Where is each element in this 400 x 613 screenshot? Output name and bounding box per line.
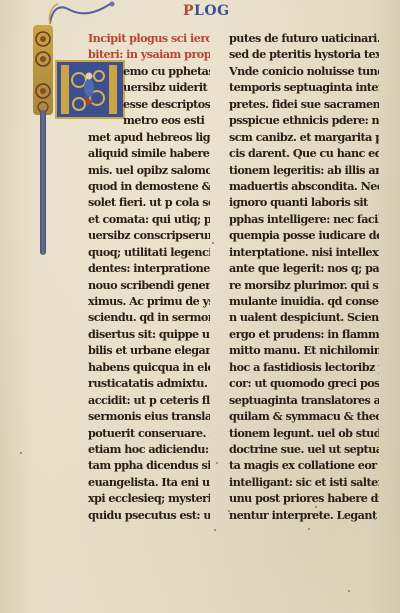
parchment-speck bbox=[212, 242, 214, 244]
text-line: ante que legerit: nos q; patere bbox=[229, 260, 379, 276]
text-line: interptatione. nisi intellexit bbox=[229, 244, 379, 260]
text-line: cis darent. Que cu hanc edi bbox=[229, 145, 379, 161]
text-line: tionem legeritis: ab illis ani bbox=[229, 162, 379, 178]
parchment-speck bbox=[214, 529, 216, 531]
text-line: quod in demostene & tullio bbox=[88, 178, 210, 194]
parchment-speck bbox=[348, 590, 350, 592]
text-line: pretes. fidei sue sacramenta bbox=[229, 96, 379, 112]
text-line: xpi ecclesieq; mysteria ad li bbox=[88, 490, 210, 506]
text-line: sermonis eius translatio n bbox=[88, 408, 210, 424]
text-line: metro eos esti bbox=[88, 112, 210, 128]
text-line: ta magis ex collatione eor bbox=[229, 457, 379, 473]
text-line: mulante inuidia. qd conseq bbox=[229, 293, 379, 309]
text-line: nouo scribendi genere distin bbox=[88, 277, 210, 293]
text-line: nentur interprete. Legant bbox=[229, 507, 379, 523]
text-line: ignoro quanti laboris sit bbox=[229, 194, 379, 210]
rubric-line: biteri: in ysaiam prophetam. bbox=[88, 46, 210, 62]
parchment-speck bbox=[228, 510, 230, 512]
text-line: intelligant: sic et isti saltem bbox=[229, 474, 379, 490]
parchment-speck bbox=[216, 462, 218, 464]
text-line: potuerit conseruare. Deinde bbox=[88, 425, 210, 441]
text-line: sciendu. qd in sermone suo bbox=[88, 309, 210, 325]
text-line: dentes: interpratione noua bbox=[88, 260, 210, 276]
text-line: maduertis abscondita. Nec bbox=[229, 178, 379, 194]
text-line: pphas intelligere: nec facile bbox=[229, 211, 379, 227]
text-line: psspicue ethnicis pdere: ne bbox=[229, 112, 379, 128]
text-line: aliquid simile habere de psal bbox=[88, 145, 210, 161]
rubric-line: Incipit plogus sci ieronimi ps bbox=[88, 30, 210, 46]
text-line: accidit: ut p ceteris florem bbox=[88, 392, 210, 408]
text-line: scm canibz. et margarita por bbox=[229, 129, 379, 145]
text-line: temporis septuaginta inter bbox=[229, 79, 379, 95]
text-line: et comata: qui utiq; psa & n bbox=[88, 211, 210, 227]
parchment-speck bbox=[315, 506, 317, 508]
text-line: tionem legunt. uel ob studiu bbox=[229, 425, 379, 441]
text-line: uersibz uiderit bbox=[88, 79, 210, 95]
running-head: PLOG bbox=[183, 3, 230, 19]
text-line: met apud hebreos ligari: et bbox=[88, 129, 210, 145]
text-line: bilis et urbane elegantie: n bbox=[88, 342, 210, 358]
text-line: emo cu pphetas bbox=[88, 63, 210, 79]
running-head-end: G bbox=[217, 3, 229, 19]
text-line: Vnde conicio noluisse tunc bbox=[229, 63, 379, 79]
text-column-left: Incipit plogus sci ieronimi ps biteri: i… bbox=[88, 30, 210, 523]
parchment-speck bbox=[20, 452, 22, 454]
text-line: esse descriptos. bbox=[88, 96, 210, 112]
text-line: n ualent despiciunt. Sciens bbox=[229, 309, 379, 325]
parchment-speck bbox=[308, 528, 310, 530]
text-line: disertus sit: quippe ut uir no bbox=[88, 326, 210, 342]
running-head-blue: LO bbox=[194, 3, 217, 19]
text-line: mitto manu. Et nichilomin bbox=[229, 342, 379, 358]
flourish-icon bbox=[40, 0, 120, 26]
text-line: re morsibz plurimor. qui si bbox=[229, 277, 379, 293]
parchment-speck bbox=[374, 518, 376, 520]
text-line: quilam & symmacu & theodo bbox=[229, 408, 379, 424]
text-line: etiam hoc adiciendu: qd n bbox=[88, 441, 210, 457]
text-line: ergo et prudens: in flamma bbox=[229, 326, 379, 342]
text-line: septuaginta translatores a bbox=[229, 392, 379, 408]
text-line: mis. uel opibz salomonis. s; bbox=[88, 162, 210, 178]
manuscript-folio: PLOG I bbox=[0, 0, 400, 613]
text-line: quoq; utilitati legenciu pui bbox=[88, 244, 210, 260]
text-line: solet fieri. ut p cola scribant bbox=[88, 194, 210, 210]
text-line: rusticatatis admixtu. Vnde bbox=[88, 375, 210, 391]
text-line: quidu psecutus est: ut n eu bbox=[88, 507, 210, 523]
text-line: hoc a fastidiosis lectoribz p bbox=[229, 359, 379, 375]
text-column-right: putes de futuro uaticinari. sed de pteri… bbox=[229, 30, 379, 523]
text-line: sed de pteritis hystoria texere. bbox=[229, 46, 379, 62]
text-line: ximus. Ac primu de ysaia bbox=[88, 293, 210, 309]
text-line: quempia posse iudicare de bbox=[229, 227, 379, 243]
text-line: doctrine sue. uel ut septuagi bbox=[229, 441, 379, 457]
text-line: putes de futuro uaticinari. bbox=[229, 30, 379, 46]
text-line: cor: ut quomodo greci post bbox=[229, 375, 379, 391]
text-line: uersibz conscripserunt. Nos bbox=[88, 227, 210, 243]
running-head-red: P bbox=[183, 3, 194, 19]
text-line: unu post priores habere dig bbox=[229, 490, 379, 506]
border-stem bbox=[40, 110, 46, 255]
text-line: euangelista. Ita eni uniusa bbox=[88, 474, 210, 490]
spiral-ornament-icon bbox=[33, 25, 53, 115]
gold-border-bar bbox=[33, 25, 53, 115]
text-line: tam ppha dicendus sit. qua bbox=[88, 457, 210, 473]
text-line: habens quicqua in eloquio bbox=[88, 359, 210, 375]
